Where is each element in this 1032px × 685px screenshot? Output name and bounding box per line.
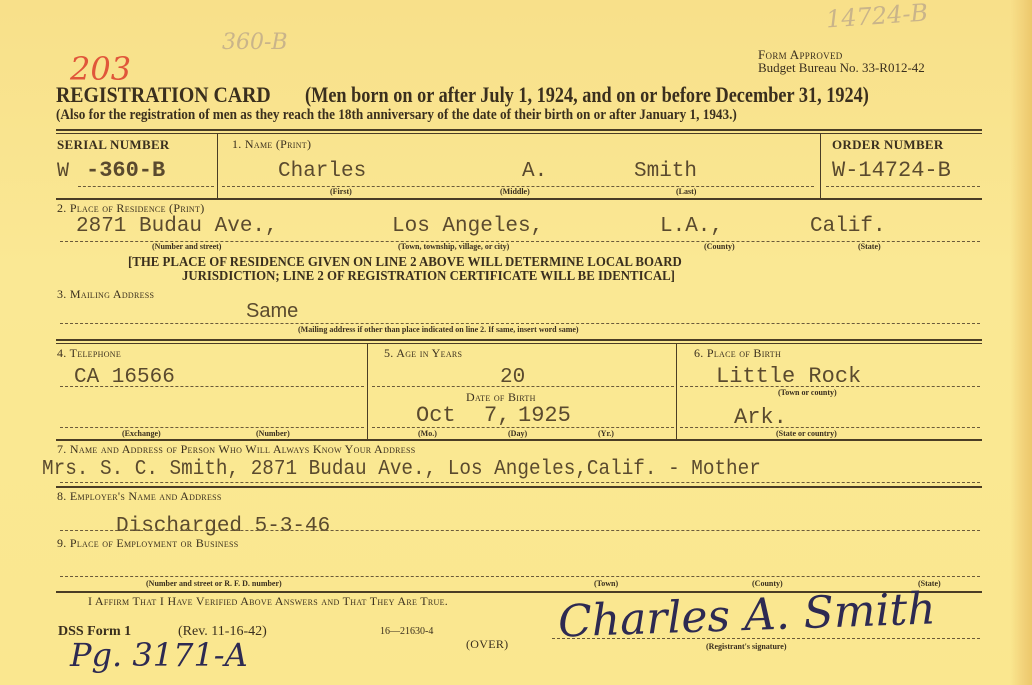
employer-label: 8. Employer's Name and Address	[57, 489, 222, 504]
mailing-address-label: 3. Mailing Address	[57, 287, 154, 302]
contact-value: Mrs. S. C. Smith, 2871 Budau Ave., Los A…	[42, 458, 761, 481]
serial-prefix: W	[57, 160, 69, 183]
residence-label: 2. Place of Residence (Print)	[57, 201, 205, 216]
row-rule	[56, 198, 982, 200]
number-caption: (Number)	[256, 429, 290, 438]
order-line	[826, 186, 980, 187]
registration-card: 360-B 14724-B 203 Form Approved Budget B…	[0, 0, 1032, 685]
county-caption: (County)	[704, 242, 735, 251]
city-caption: (Town, township, village, or city)	[398, 242, 509, 251]
residence-street-value: 2871 Budau Ave.,	[76, 215, 278, 238]
dob-month-value: Oct	[416, 403, 456, 428]
mailing-address-value: Same	[246, 300, 298, 323]
employment-line	[60, 576, 980, 577]
page-title: REGISTRATION CARD	[56, 82, 271, 108]
residence-county-value: L.A.,	[660, 215, 723, 238]
residence-city-value: Los Angeles,	[392, 215, 543, 238]
serial-number-label: SERIAL NUMBER	[57, 137, 170, 153]
telephone-label: 4. Telephone	[57, 346, 121, 361]
signature-line	[552, 638, 980, 639]
day-caption: (Day)	[508, 429, 527, 438]
employer-value: Discharged 5-3-46	[116, 515, 330, 538]
pencil-serial-annotation: 360-B	[222, 30, 288, 55]
header-rule-2	[56, 133, 982, 134]
header-rule	[56, 129, 982, 131]
telephone-line	[60, 386, 364, 387]
serial-line	[78, 186, 214, 187]
handwritten-page-number: Pg. 3171-A	[70, 636, 248, 674]
row-rule	[56, 339, 982, 341]
employment-label: 9. Place of Employment or Business	[57, 536, 239, 551]
mailing-line	[60, 323, 980, 324]
divider	[367, 343, 368, 439]
employment-street-caption: (Number and street or R. F. D. number)	[146, 579, 282, 588]
employment-town-caption: (Town)	[594, 579, 618, 588]
dob-line	[372, 427, 674, 428]
divider	[217, 134, 218, 198]
signature-caption: (Registrant's signature)	[706, 642, 787, 651]
state-caption: (State)	[858, 242, 881, 251]
mailing-caption: (Mailing address if other than place ind…	[298, 325, 579, 334]
order-number-label: ORDER NUMBER	[832, 137, 944, 153]
serial-number-value: -360-B	[86, 158, 165, 183]
town-caption: (Town or county)	[778, 388, 837, 397]
age-line	[372, 386, 674, 387]
divider	[820, 134, 821, 198]
employer-line	[60, 530, 980, 531]
birthplace-town-line	[680, 386, 980, 387]
budget-bureau-number: Budget Bureau No. 33-R012-42	[758, 60, 925, 76]
telephone-line-2	[60, 427, 364, 428]
first-caption: (First)	[330, 187, 352, 196]
over-label: (OVER)	[466, 637, 508, 652]
contact-line	[60, 482, 980, 483]
divider	[676, 343, 677, 439]
state-country-caption: (State or country)	[776, 429, 837, 438]
subtitle: (Also for the registration of men as the…	[56, 107, 737, 124]
affirmation-text: I Affirm That I Have Verified Above Answ…	[88, 594, 448, 609]
exchange-caption: (Exchange)	[122, 429, 161, 438]
dob-year-value: 1925	[518, 403, 571, 428]
age-label: 5. Age in Years	[384, 346, 462, 361]
row-rule	[56, 486, 982, 488]
street-caption: (Number and street)	[152, 242, 221, 251]
middle-caption: (Middle)	[500, 187, 530, 196]
row-rule-2	[56, 343, 982, 344]
print-code: 16—21630-4	[380, 626, 433, 637]
last-name-value: Smith	[634, 160, 697, 183]
residence-state-value: Calif.	[810, 215, 886, 238]
row-rule	[56, 439, 982, 441]
birthplace-state-line	[680, 427, 980, 428]
residence-notice-line2: JURISDICTION; LINE 2 OF REGISTRATION CER…	[182, 268, 675, 284]
employment-county-caption: (County)	[752, 579, 783, 588]
contact-label: 7. Name and Address of Person Who Will A…	[57, 442, 416, 457]
last-caption: (Last)	[676, 187, 696, 196]
pencil-order-annotation: 14724-B	[825, 0, 929, 34]
title-note: (Men born on or after July 1, 1924, and …	[305, 82, 869, 108]
order-number-value: W-14724-B	[832, 158, 951, 183]
year-caption: (Yr.)	[598, 429, 614, 438]
name-label: 1. Name (Print)	[232, 137, 311, 152]
middle-name-value: A.	[522, 160, 547, 183]
card-edge-shadow	[1010, 0, 1032, 685]
month-caption: (Mo.)	[418, 429, 437, 438]
first-name-value: Charles	[278, 160, 366, 183]
dob-day-value: 7,	[484, 403, 510, 428]
birthplace-label: 6. Place of Birth	[694, 346, 781, 361]
